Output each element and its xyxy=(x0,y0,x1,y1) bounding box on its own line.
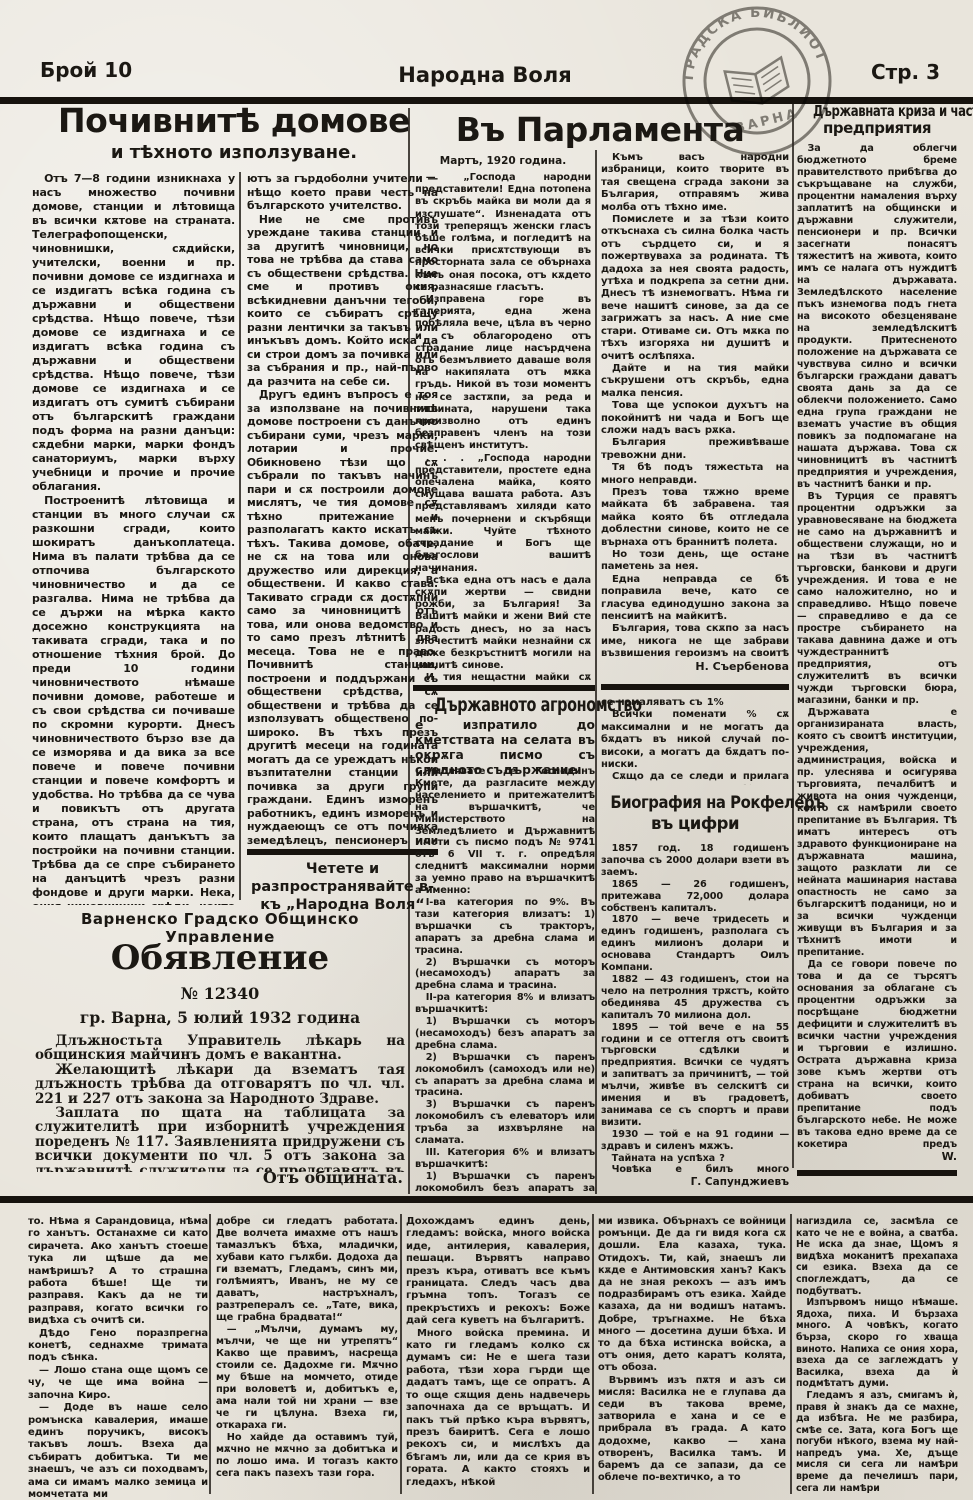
paragraph: 2) Вършачки съ паренъ локомобилъ (самохо… xyxy=(415,1052,595,1100)
feuilleton-rule xyxy=(0,1196,973,1203)
stamp-ring-text: ГРАДСКА БИБЛИОТЕКА xyxy=(661,0,830,100)
paragraph: Но хайде да оставимъ туй, мѫчно не мѫчно… xyxy=(216,1432,398,1480)
feuilleton-column-2: добре си гледатъ работата. Две волчета и… xyxy=(216,1216,398,1498)
parliament-signature: Н. Съербенова xyxy=(601,660,789,673)
open-book-icon xyxy=(725,57,791,110)
state-crisis-body: За да облегчи бюджетното бреме правителс… xyxy=(797,143,957,1151)
paragraph: то. Нѣма я Сарандовица, нѣма го ханътъ. … xyxy=(28,1216,208,1328)
paragraph: Заплата по щата на таблицата за служител… xyxy=(35,1106,405,1172)
paragraph: Всички поменати % сѫ максимални и не мог… xyxy=(601,709,789,771)
paragraph: Длъжностьта Управитель лѣкарь на общинск… xyxy=(35,1034,405,1063)
paragraph: Дѣдо Гено поразпрегна конетѣ, седнахме т… xyxy=(28,1328,208,1365)
announcement-number: № 12340 xyxy=(35,984,405,1003)
paragraph: Дохождамъ единъ день, гледамъ: войска, м… xyxy=(406,1216,590,1328)
paragraph: Отъ 7—8 години изникнаха у насъ множеств… xyxy=(32,172,235,494)
rockefeller-headline-line1: Биография на Рокфелеръ xyxy=(610,792,779,813)
paragraph: 1882 — 43 годишенъ, стои на чело на петр… xyxy=(601,974,789,1022)
paragraph: Всѣка една отъ насъ е дала скѫпи жертви … xyxy=(415,575,591,673)
announcement-body: Длъжностьта Управитель лѣкарь на общинск… xyxy=(35,1034,405,1172)
agronomy-headline-text: Държавното агрономство xyxy=(434,694,575,716)
paragraph: — Лошо стана още щомъ се чу, че ще има в… xyxy=(28,1365,208,1402)
section-rule xyxy=(601,684,789,690)
rest-homes-headline: Почивнитѣ домове xyxy=(30,104,438,139)
promo-rule xyxy=(247,849,438,855)
announcement-title: Обявление xyxy=(35,938,405,978)
parliament-column-2: Къмъ васъ народни избраници, които твори… xyxy=(601,152,789,657)
paragraph: Тя бѣ подъ тяжестьта на много неправди. xyxy=(601,462,789,487)
paragraph: Дайте и на тия майки съкрушени отъ скръб… xyxy=(601,363,789,400)
paragraph: 1) Вършачки съ моторъ (несамоходъ) безъ … xyxy=(415,1016,595,1052)
paragraph: За да облегчи бюджетното бреме правителс… xyxy=(797,143,957,491)
paragraph: ми извика. Обърнахъ се войници ромънци. … xyxy=(598,1216,786,1375)
section-rule xyxy=(413,685,595,691)
paragraph: 1895 — той вече е на 55 години и се отте… xyxy=(601,1022,789,1129)
paragraph: добре си гледатъ работата. Две волчета и… xyxy=(216,1216,398,1324)
paragraph: III. Категория 6% и влизатъ вършачкитѣ: xyxy=(415,1147,595,1171)
paragraph: Построенитѣ лѣтовища и станции въ много … xyxy=(32,494,235,905)
rockefeller-signature: Г. Сапунджиевъ xyxy=(601,1176,789,1188)
column-divider xyxy=(792,104,794,1168)
paragraph: 1857 год. 18 годишенъ започва съ 2000 до… xyxy=(601,843,789,879)
rockefeller-body: 1857 год. 18 годишенъ започва съ 2000 до… xyxy=(601,843,789,1173)
agronomy-column-2: се намаляватъ съ 1%Всички поменати % сѫ … xyxy=(601,697,789,785)
column-divider xyxy=(239,172,241,900)
rest-homes-column-2: ютъ за гърдоболни учители — нѣщо което п… xyxy=(247,172,438,846)
agronomy-headline: Държавното агрономство xyxy=(412,694,598,716)
paragraph: 1930 — той е на 91 години — здравъ и сил… xyxy=(601,1129,789,1153)
column-divider xyxy=(790,1214,792,1494)
parliament-dateline: Мартъ, 1920 година. xyxy=(415,155,591,167)
paragraph: Човѣка е билъ много работливъ, пестеливъ… xyxy=(601,1164,789,1173)
paragraph: Но този день, ще остане паметень за нея. xyxy=(601,549,789,574)
paragraph: 1865 — 26 годишенъ, притежава 72,000 дол… xyxy=(601,879,789,915)
feuilleton-column-1: то. Нѣма я Сарандовица, нѣма го ханътъ. … xyxy=(28,1216,208,1498)
column-divider xyxy=(592,1214,594,1494)
paragraph: 1) Вършачки съ паренъ локомобилъ безъ ап… xyxy=(415,1171,595,1194)
section-rule xyxy=(797,1170,957,1176)
paragraph: II-ра категория 8% и влизатъ вършачкитѣ: xyxy=(415,992,595,1016)
paragraph: Другъ единъ въпросъ е тоя за използване … xyxy=(247,388,438,846)
paragraph: ютъ за гърдоболни учители — нѣщо което п… xyxy=(247,172,438,213)
paragraph: — „Мълчи, думамъ му, мълчи, че ще ни утр… xyxy=(216,1324,398,1432)
paragraph: Презъ това тѫжно време майката бѣ забрав… xyxy=(601,487,789,549)
paragraph: Вървимъ изъ пѫтя и азъ си мисля: Василка… xyxy=(598,1375,786,1485)
paragraph: се намаляватъ съ 1% xyxy=(601,697,789,709)
paragraph: 1870 — вече тридесеть и единъ годишенъ, … xyxy=(601,914,789,974)
paragraph: Сѫщо да се следи и прилага строго окрѫжн… xyxy=(601,771,789,785)
paragraph: Една неправда се бѣ поправила вече, като… xyxy=(601,574,789,624)
state-crisis-headline-line2: предприятия xyxy=(795,120,959,137)
feuilleton-column-3: Дохождамъ единъ день, гледамъ: войска, м… xyxy=(406,1216,590,1498)
paragraph: Умолявате се Господинъ Кмете, да разглас… xyxy=(415,766,595,897)
paragraph: Изправена горе въ галерията, една жена п… xyxy=(415,294,591,453)
paragraph: Тайната на успѣха ? xyxy=(601,1153,789,1165)
state-crisis-headline-line1: Държавната криза и частнитѣ xyxy=(813,103,941,120)
svg-text:ГРАДСКА БИБЛИОТЕКА: ГРАДСКА БИБЛИОТЕКА xyxy=(661,0,830,100)
newspaper-page: Брой 10 Народна Воля Стр. 3 ГРАДСКА БИБЛ… xyxy=(0,0,973,1500)
paragraph: 3) Вършачки съ паренъ локомобилъ съ елев… xyxy=(415,1099,595,1147)
paragraph: Гледамъ я азъ, смигамъ ѝ, правя ѝ знакъ … xyxy=(796,1390,958,1494)
paragraph: Изпървомъ нищо нѣмаше. Ядоха, пиха. И бъ… xyxy=(796,1297,958,1390)
column-divider xyxy=(209,1214,211,1494)
paragraph: . . . „Господа народни представители, пр… xyxy=(415,453,591,575)
paragraph: 2) Вършачки съ моторъ (несамоходъ) апара… xyxy=(415,957,595,993)
paragraph: нагиздила се, засмѣла се като че не е во… xyxy=(796,1216,958,1297)
paragraph: — „Господа народни представители! Една п… xyxy=(415,172,591,294)
paragraph: България, това скѫпо за насъ име, никога… xyxy=(601,623,789,657)
state-crisis-headline: Държавната криза и частнитѣ предприятия xyxy=(795,103,959,137)
masthead-page-number: Стр. 3 xyxy=(845,60,940,84)
paragraph: I-ва категория по 9%. Въ тази категория … xyxy=(415,897,595,957)
masthead-title: Народна Воля xyxy=(320,63,650,87)
announcement-dateline: гр. Варна, 5 юлий 1932 година xyxy=(35,1008,405,1027)
paragraph: Ние не сме противъ уреждане такива станц… xyxy=(247,213,438,389)
paragraph: Въ Турция се правятъ процентни одръжки з… xyxy=(797,491,957,707)
paragraph: Държавата е организираната власть, която… xyxy=(797,707,957,959)
rockefeller-headline-line2: въ цифри xyxy=(601,813,789,834)
paragraph: Много войска премина. И като ги гледамъ … xyxy=(406,1328,590,1489)
column-divider xyxy=(400,1214,402,1494)
parliament-column-1: — „Господа народни представители! Една п… xyxy=(415,172,591,682)
paragraph: Къмъ васъ народни избраници, които твори… xyxy=(601,152,789,214)
paragraph: — Доде въ наше село ромънска кавалерия, … xyxy=(28,1402,208,1498)
rest-homes-subtitle: и тѣхното използуване. xyxy=(30,142,438,163)
announcement-signature: Отъ общината. xyxy=(35,1168,403,1187)
masthead-issue: Брой 10 xyxy=(40,58,132,82)
feuilleton-column-5: нагиздила се, засмѣла се като че не е во… xyxy=(796,1216,958,1498)
rockefeller-headline: Биография на Рокфелеръ въ цифри xyxy=(601,792,789,835)
paragraph: Помислете и за тѣзи които откъснаха съ с… xyxy=(601,214,789,363)
paragraph: Желающитѣ лѣкари да взематъ тая длъжност… xyxy=(35,1063,405,1106)
promo-text: Четете и разпространявайте в-къ „Народна… xyxy=(245,860,440,914)
column-divider xyxy=(595,150,597,1194)
paragraph: Това ще успокои духътъ на покойнитѣ ни ч… xyxy=(601,400,789,437)
agronomy-column-1: Умолявате се Господинъ Кмете, да разглас… xyxy=(415,766,595,1194)
paragraph: И тия нещастни майки сѫ забравени днесъ … xyxy=(415,672,591,682)
parliament-headline: Въ Парламента xyxy=(410,110,790,149)
feuilleton-column-4: ми извика. Обърнахъ се войници ромънци. … xyxy=(598,1216,786,1498)
state-crisis-signature: W. xyxy=(797,1150,957,1163)
rest-homes-column-1: Отъ 7—8 години изникнаха у насъ множеств… xyxy=(32,172,235,905)
paragraph: България преживѣваше тревожни дни. xyxy=(601,437,789,462)
paragraph: Да се говори повече по това и да се търс… xyxy=(797,959,957,1151)
